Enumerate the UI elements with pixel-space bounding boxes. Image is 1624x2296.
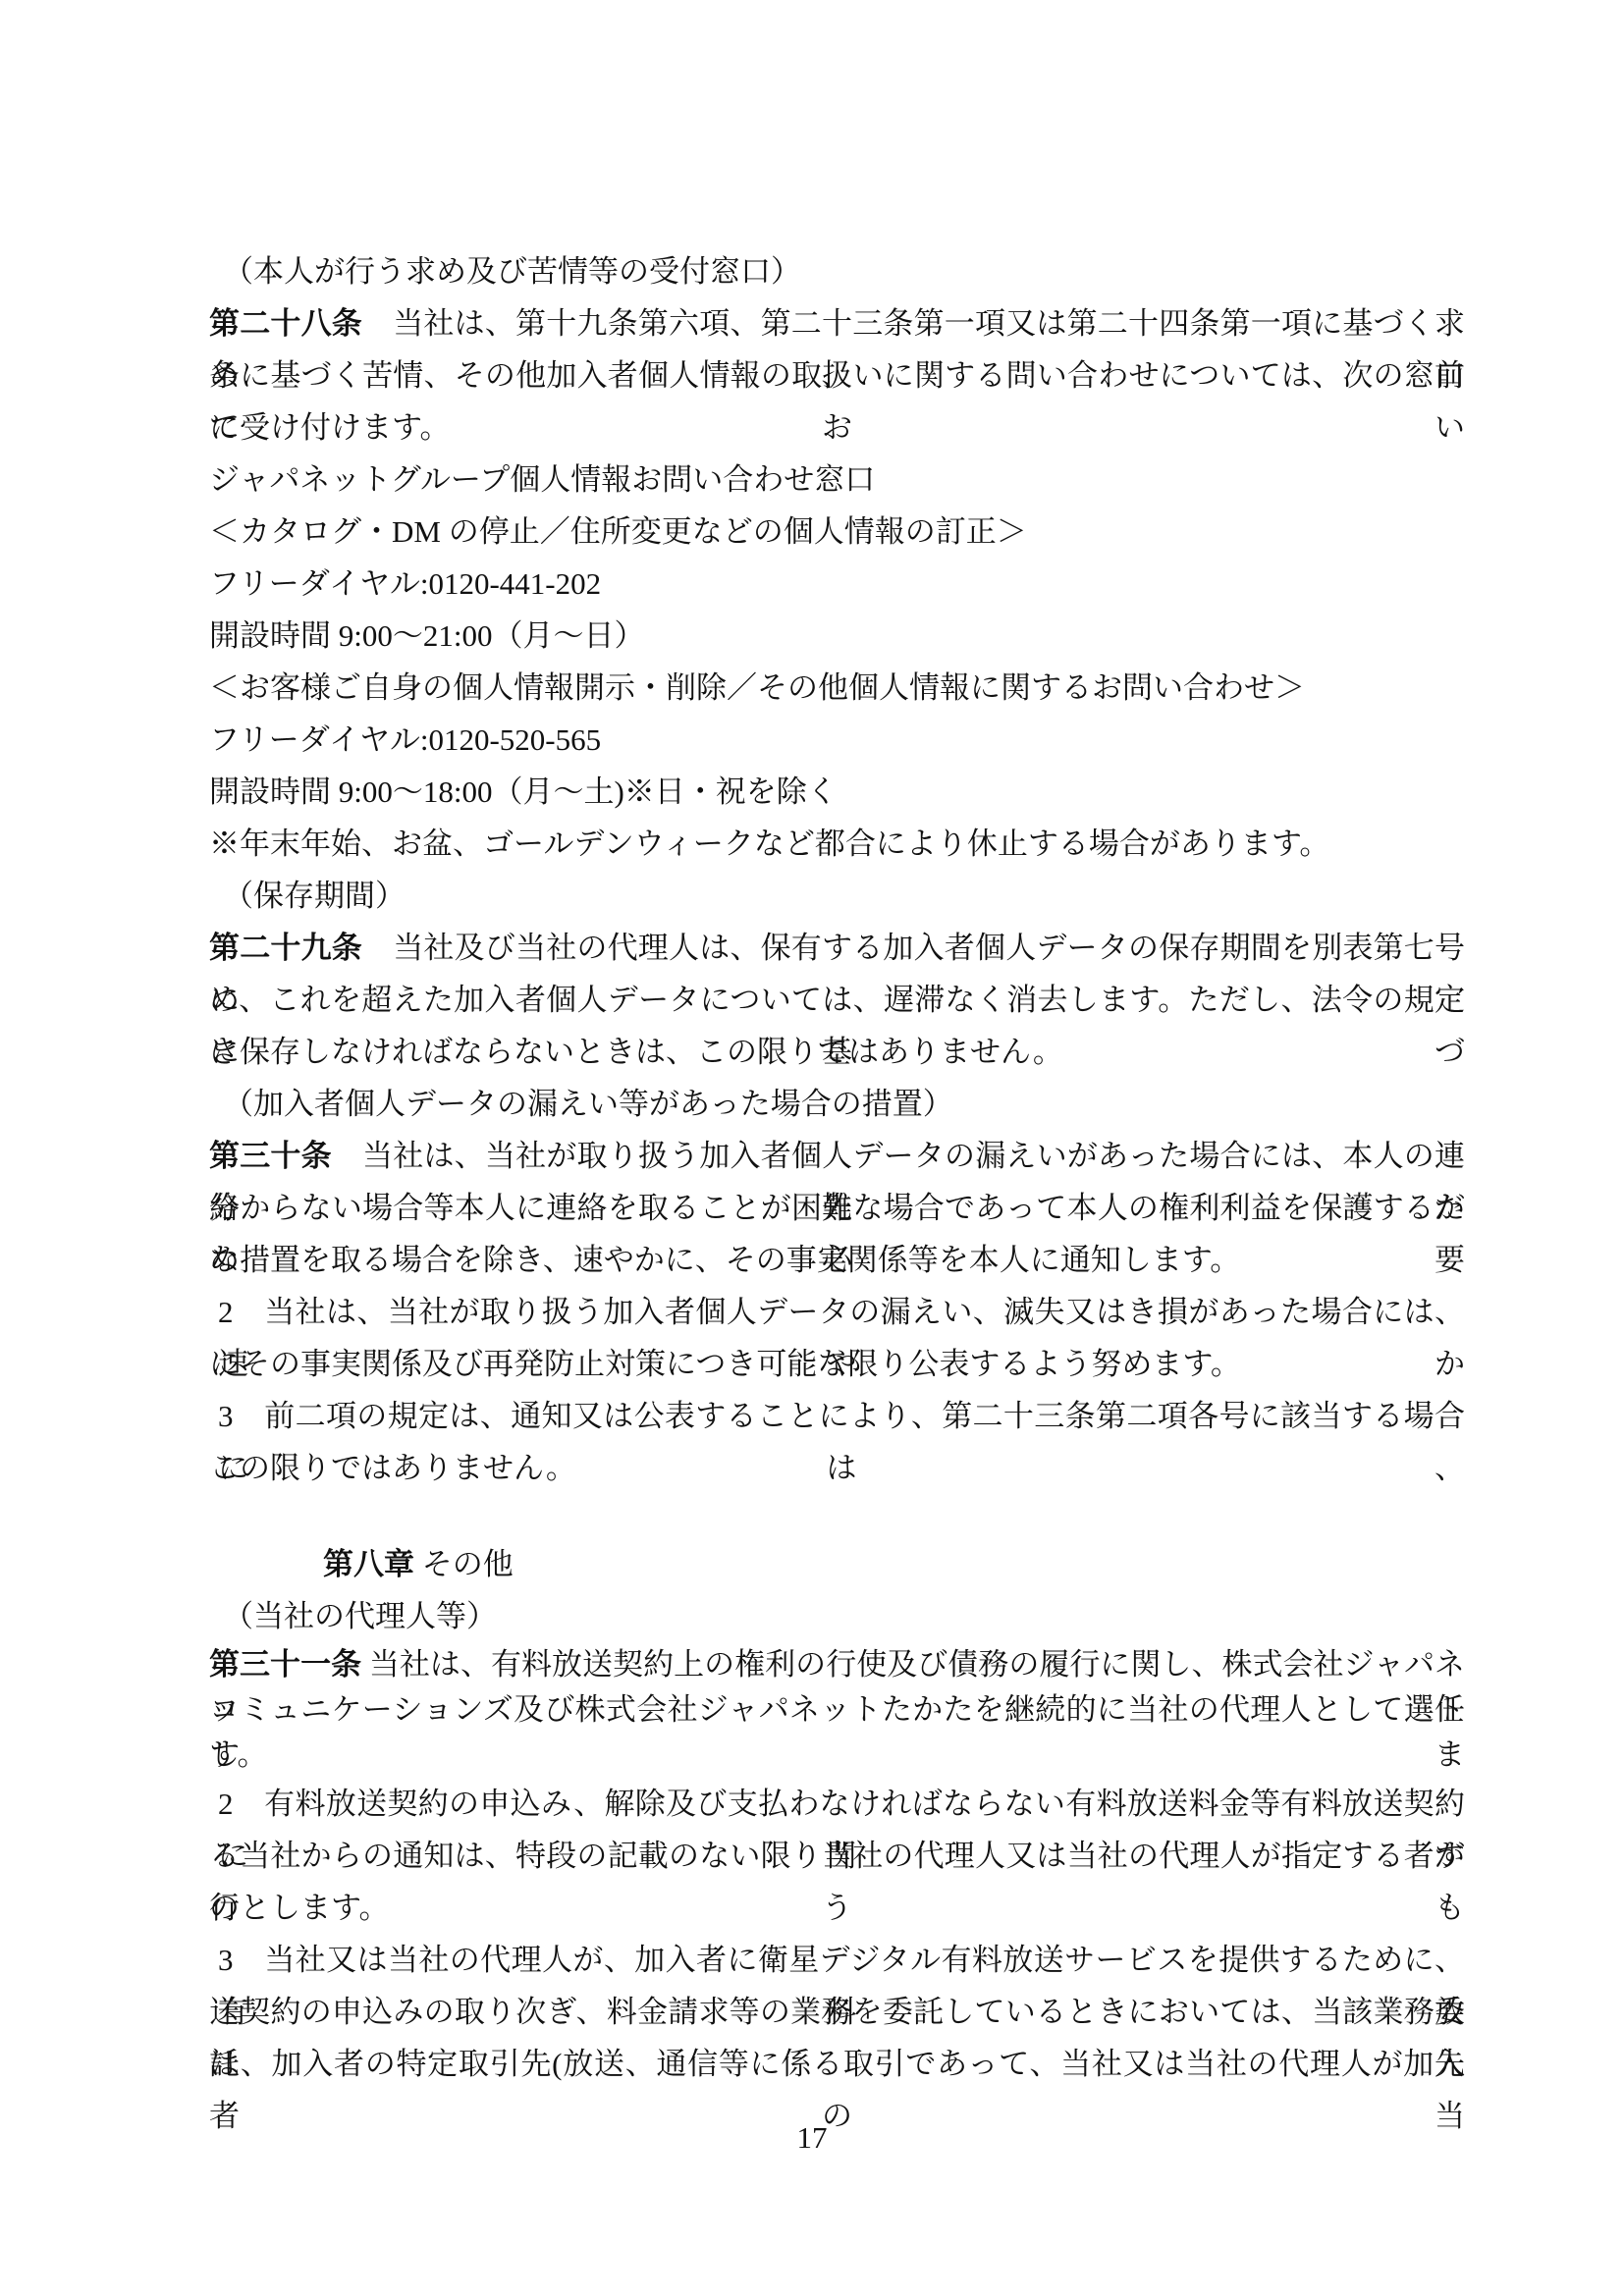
text-segment: ジャパネットグループ個人情報お問い合わせ窓口 [209, 462, 875, 497]
text-segment: にその事実関係及び再発防止対策につき可能な限り公表するよう努めます。 [209, 1347, 1241, 1381]
text-segment: す。 [209, 1737, 268, 1772]
text-line: る当社からの通知は、特段の記載のない限り当社の代理人又は当社の代理人が指定する者… [209, 1830, 1465, 1882]
text-line: 3 当社又は当社の代理人が、加入者に衛星デジタル有料放送サービスを提供するために… [209, 1934, 1465, 1986]
text-line: （加入者個人データの漏えい等があった場合の措置） [209, 1078, 1465, 1130]
text-segment: フリーダイヤル:0120-441-202 [209, 566, 601, 601]
text-line: コミュニケーションズ及び株式会社ジャパネットたかたを継続的に当社の代理人として選… [209, 1687, 1465, 1733]
text-segment: ※年末年始、お盆、ゴールデンウィークなど都合により休止する場合があります。 [209, 827, 1329, 861]
text-segment: 開設時間 9:00～21:00（月～日） [209, 618, 644, 653]
blank-line [209, 1494, 1465, 1538]
text-segment: 開設時間 9:00～18:00（月～土)※日・祝を除く [209, 774, 838, 809]
text-segment: その他 [414, 1547, 514, 1581]
text-line: 第三十条 当社は、当社が取り扱う加入者個人データの漏えいがあった場合には、本人の… [209, 1130, 1465, 1182]
article-heading: 第二十九条 [209, 931, 362, 965]
text-segment: る当社からの通知は、特段の記載のない限り当社の代理人又は当社の代理人が指定する者… [209, 1839, 1465, 1925]
text-line: 開設時間 9:00～18:00（月～土)※日・祝を除く [209, 766, 1465, 818]
document-body: （本人が行う求め及び苦情等の受付窓口）第二十八条 当社は、第十九条第六項、第二十… [209, 245, 1465, 2090]
text-line: ＜カタログ・DM の停止／住所変更などの個人情報の訂正＞ [209, 506, 1465, 558]
text-segment: ＜カタログ・DM の停止／住所変更などの個人情報の訂正＞ [209, 514, 1027, 549]
text-segment: ＜お客様ご自身の個人情報開示・削除／その他個人情報に関するお問い合わせ＞ [209, 670, 1305, 705]
text-line: 2 有料放送契約の申込み、解除及び支払わなければならない有料放送料金等有料放送契… [209, 1778, 1465, 1830]
page-number: 17 [797, 2120, 828, 2155]
text-line: フリーダイヤル:0120-441-202 [209, 558, 1465, 610]
text-line: 3 前二項の規定は、通知又は公表することにより、第二十三条第二項各号に該当する場… [209, 1390, 1465, 1442]
article-heading: 第三十条 [209, 1139, 332, 1173]
text-segment: （本人が行う求め及び苦情等の受付窓口） [223, 254, 801, 289]
page-footer: 17 [0, 2118, 1624, 2158]
text-segment: （当社の代理人等） [223, 1599, 497, 1633]
text-segment: フリーダイヤル:0120-520-565 [209, 722, 601, 757]
text-line: 第二十八条 当社は、第十九条第六項、第二十三条第一項又は第二十四条第一項に基づく… [209, 297, 1465, 349]
article-heading: 第二十八条 [209, 306, 362, 341]
text-line: 開設時間 9:00～21:00（月～日） [209, 610, 1465, 662]
text-line: （当社の代理人等） [209, 1590, 1465, 1642]
text-line: 第三十一条 当社は、有料放送契約上の権利の行使及び債務の履行に関し、株式会社ジャ… [209, 1642, 1465, 1687]
text-line: （本人が行う求め及び苦情等の受付窓口） [209, 245, 1465, 297]
article-heading: 第三十一条 [209, 1647, 361, 1682]
article-heading: 第八章 [323, 1547, 414, 1581]
text-segment: （保存期間） [223, 879, 406, 913]
text-line: 第八章 その他 [209, 1538, 1465, 1590]
text-segment: な措置を取る場合を除き、速やかに、その事実関係等を本人に通知します。 [209, 1243, 1240, 1277]
text-line: （保存期間） [209, 870, 1465, 922]
text-line: ジャパネットグループ個人情報お問い合わせ窓口 [209, 454, 1465, 506]
text-line: は、加入者の特定取引先(放送、通信等に係る取引であって、当社又は当社の代理人が加… [209, 2038, 1465, 2090]
text-segment: この限りではありません。 [209, 1451, 576, 1485]
document-page: （本人が行う求め及び苦情等の受付窓口）第二十八条 当社は、第十九条第六項、第二十… [0, 0, 1624, 2296]
text-segment: コミュニケーションズ及び株式会社ジャパネットたかたを継続的に当社の代理人として選… [209, 1692, 1465, 1772]
text-line: 送契約の申込みの取り次ぎ、料金請求等の業務を委託しているときにおいては、当該業務… [209, 1986, 1465, 2038]
text-line: 条に基づく苦情、その他加入者個人情報の取扱いに関する問い合わせについては、次の窓… [209, 349, 1465, 401]
text-line: ＜お客様ご自身の個人情報開示・削除／その他個人情報に関するお問い合わせ＞ [209, 662, 1465, 714]
text-line: ※年末年始、お盆、ゴールデンウィークなど都合により休止する場合があります。 [209, 818, 1465, 870]
text-segment: き保存しなければならないときは、この限りではありません。 [209, 1035, 1063, 1069]
text-line: 分からない場合等本人に連絡を取ることが困難な場合であって本人の権利利益を保護する… [209, 1182, 1465, 1234]
text-line: フリーダイヤル:0120-520-565 [209, 714, 1465, 766]
text-line: 2 当社は、当社が取り扱う加入者個人データの漏えい、滅失又はき損があった場合には… [209, 1286, 1465, 1338]
text-line: 第二十九条 当社及び当社の代理人は、保有する加入者個人データの保存期間を別表第七… [209, 922, 1465, 974]
text-segment: て受け付けます。 [209, 410, 451, 445]
text-segment: （加入者個人データの漏えい等があった場合の措置） [223, 1087, 953, 1121]
text-segment: のとします。 [209, 1891, 390, 1925]
text-line: め、これを超えた加入者個人データについては、遅滞なく消去します。ただし、法令の規… [209, 974, 1465, 1026]
